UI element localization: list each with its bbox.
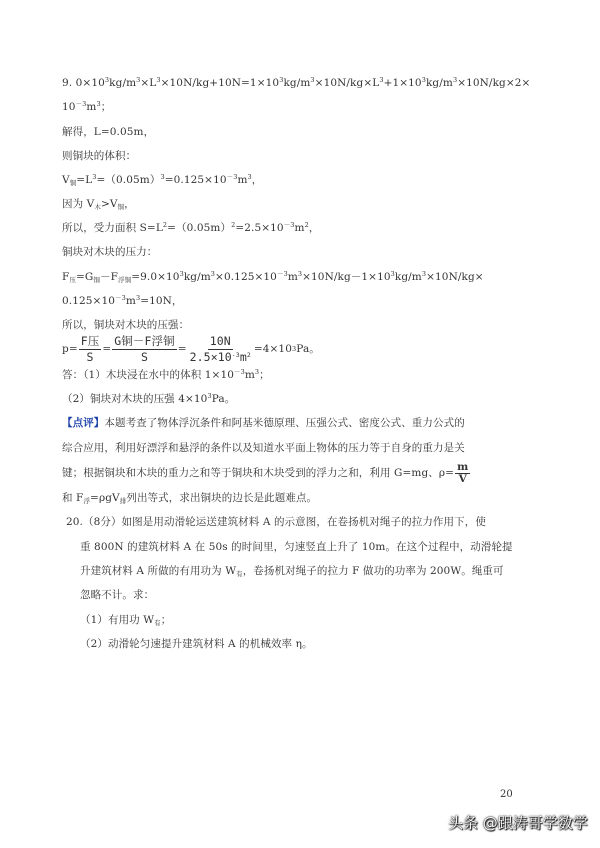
watermark: 头条 @跟涛哥学数学 [448,812,588,833]
page-number: 20 [500,789,513,800]
volume-equation: V铜=L3=（0.05m）3=0.125×10－3m3， [62,173,262,187]
comment-line-3: 键；根据铜块和木块的重力之和等于铜块和木块受到的浮力之和，利用 G=mg、ρ= … [62,460,471,486]
comment-line-2: 综合应用，利用好漂浮和悬浮的条件以及知道水平面上物体的压力等于自身的重力是关 [62,441,465,455]
comment-line-4: 和 F浮=ρgV排列出等式，求出铜块的边长是此题难点。 [62,491,317,505]
fraction-m-over-v: m V [455,462,470,485]
question-20-subquestion-1: （1）有用功 W有； [80,613,171,627]
area-equation: 所以，受力面积 S=L2=（0.05m）2=2.5×10－3m2， [62,221,319,235]
pressure-force-intro: 铜块对木块的压力： [62,245,157,259]
force-equation-line-1: F压=G铜－F浮铜=9.0×103kg/m3×0.125×10－3m3×10N/… [62,270,484,284]
question-number: 20. [66,516,83,528]
question-20-line-1: 20.（8分）如图是用动滑轮运送建筑材料 A 的示意图，在卷扬机对绳子的拉力作用… [66,515,486,529]
comment-tag: 【点评】 [62,417,104,429]
fraction-g-minus-f-over-s: G铜－F浮铜 S [112,334,176,365]
comment-line-1: 【点评】本题考查了物体浮沉条件和阿基米德原理、压强公式、密度公式、重力公式的 [62,416,465,430]
equation-line-1: 9. 0×103kg/m3×L3×10N/kg+10N=1×103kg/m3×1… [62,76,530,90]
volume-intro: 则铜块的体积： [62,149,136,163]
question-20-line-4: 忽略不计。求： [80,588,154,602]
fraction-f-over-s: F压 S [79,334,102,365]
answer-part-1: 答：（1）木块浸在水中的体积 1×10－3m3； [62,368,270,382]
volume-comparison: 因为 V木>V铜， [62,197,135,211]
document-page: 9. 0×103kg/m3×L3×10N/kg+10N=1×103kg/m3×1… [0,0,600,848]
pressure-intro: 所以，铜块对木块的压强： [62,318,189,332]
fraction-10n-over-area: 10N 2.5×10-3m2 [188,334,253,365]
answer-part-2: （2）铜块对木块的压强 4×103Pa。 [62,392,235,406]
question-20-line-3: 升建筑材料 A 所做的有用功为 W有，卷扬机对绳子的拉力 F 做功的功率为 20… [80,564,504,578]
equation-line-2: 10－3m3； [62,100,111,114]
question-20-subquestion-2: （2）动滑轮匀速提升建筑材料 A 的机械效率 η。 [80,637,313,651]
solve-result: 解得，L=0.05m， [62,125,154,139]
pressure-formula: p= F压 S = G铜－F浮铜 S = 10N 2.5×10-3m2 =4×1… [62,333,320,365]
force-equation-line-2: 0.125×10－3m3=10N， [62,294,183,308]
question-20-line-2: 重 800N 的建筑材料 A 在 50s 的时间里，匀速竖直上升了 10m。在这… [80,540,513,554]
